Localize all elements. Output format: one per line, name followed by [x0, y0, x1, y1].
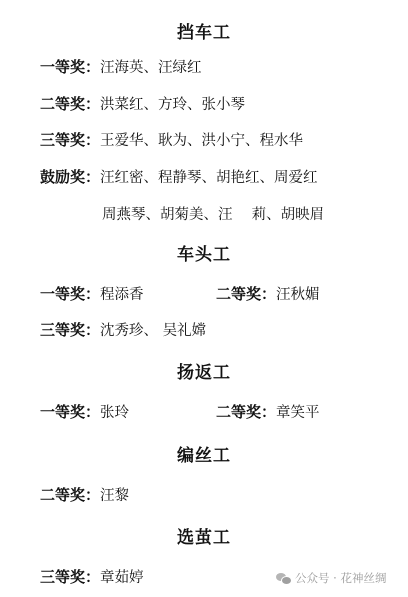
award-row: 一等奖： 汪海英、汪绿红	[40, 56, 202, 77]
award-names: 汪红密、程静琴、胡艳红、周爱红	[100, 166, 318, 187]
award-names: 沈秀珍、 吴礼嫦	[100, 319, 206, 340]
award-row: 三等奖： 章茹婷	[40, 566, 144, 587]
heading-dangchegong: 挡车工	[0, 18, 408, 43]
award-row: 二等奖： 汪黎	[40, 484, 129, 505]
award-label: 二等奖：	[216, 285, 276, 303]
heading-biansigong: 编丝工	[0, 441, 408, 466]
award-label: 三等奖：	[40, 319, 100, 340]
award-names: 汪海英、汪绿红	[100, 56, 202, 77]
watermark-text: 公众号 · 花神丝绸	[295, 570, 386, 586]
award-names: 汪秋媚	[276, 287, 320, 303]
award-label: 二等奖：	[40, 484, 100, 505]
award-row-continuation: 周燕琴、胡菊美、汪 莉、胡映眉	[102, 203, 324, 224]
award-names: 汪黎	[100, 484, 129, 505]
award-label: 三等奖：	[40, 129, 100, 150]
award-row: 鼓励奖： 汪红密、程静琴、胡艳红、周爱红	[40, 166, 318, 187]
award-row: 一等奖： 程添香 二等奖：汪秋媚	[40, 283, 408, 304]
award-row: 一等奖： 张玲 二等奖：章笑平	[40, 401, 408, 422]
award-names: 周燕琴、胡菊美、汪 莉、胡映眉	[102, 203, 324, 224]
award-names: 章笑平	[276, 405, 320, 421]
award-label: 一等奖：	[40, 401, 100, 422]
award-row: 三等奖： 王爱华、耿为、洪小宁、程水华	[40, 129, 303, 150]
award-label: 鼓励奖：	[40, 166, 100, 187]
award-names: 章茹婷	[100, 566, 144, 587]
heading-yangfangong: 扬返工	[0, 358, 408, 383]
award-names: 王爱华、耿为、洪小宁、程水华	[100, 129, 303, 150]
watermark: 公众号 · 花神丝绸	[276, 570, 386, 586]
award-row: 二等奖： 洪菜红、方玲、张小琴	[40, 93, 245, 114]
award-label: 二等奖：	[40, 93, 100, 114]
award-label: 一等奖：	[40, 283, 100, 304]
award-names: 洪菜红、方玲、张小琴	[100, 93, 245, 114]
wechat-icon	[276, 573, 291, 584]
heading-xuanjiangong: 选茧工	[0, 523, 408, 548]
award-names: 张玲	[100, 401, 129, 422]
award-row: 三等奖： 沈秀珍、 吴礼嫦	[40, 319, 206, 340]
award-names: 程添香	[100, 283, 144, 304]
award-label: 三等奖：	[40, 566, 100, 587]
award-label: 一等奖：	[40, 56, 100, 77]
heading-chetougong: 车头工	[0, 240, 408, 265]
award-label: 二等奖：	[216, 403, 276, 421]
